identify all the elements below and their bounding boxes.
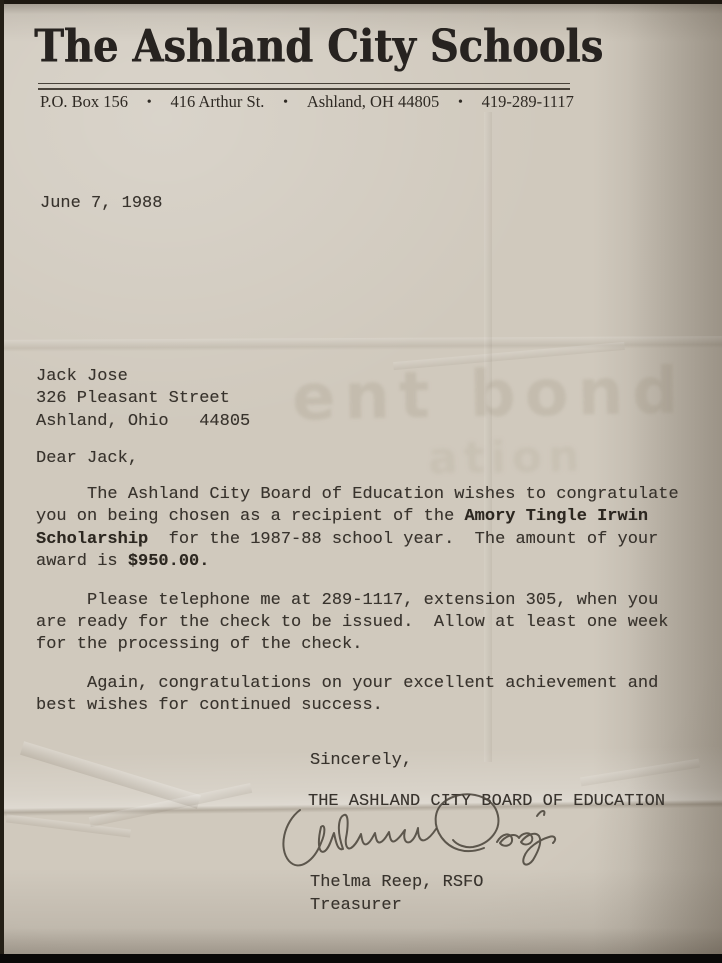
scan-border-bottom xyxy=(0,954,722,963)
letter-paragraph: Again, congratulations on your excellent… xyxy=(36,673,679,718)
text: for the processing of the check. xyxy=(36,635,362,654)
text: award is xyxy=(36,552,128,571)
address-part: P.O. Box 156 xyxy=(40,92,128,112)
text: The Ashland City Board of Education wish… xyxy=(36,485,679,504)
signature-handwriting xyxy=(276,792,558,876)
scan-border-top xyxy=(0,0,722,4)
letter-line: award is $950.00. xyxy=(36,551,679,573)
letter-line: The Ashland City Board of Education wish… xyxy=(36,484,679,506)
bold-text: Scholarship xyxy=(36,530,148,549)
bold-text: Amory Tingle Irwin xyxy=(464,507,648,526)
text: for the 1987-88 school year. The amount … xyxy=(148,530,658,549)
scan-edge-shadow xyxy=(0,928,722,954)
address-bullet: • xyxy=(147,95,152,111)
letter-body: The Ashland City Board of Education wish… xyxy=(36,484,679,734)
scan-edge-shadow xyxy=(0,4,722,14)
scanned-letter-page: ent bond ation The Ashland City Schools … xyxy=(0,0,722,963)
address-part: Ashland, OH 44805 xyxy=(307,92,439,112)
signer-title-line: Treasurer xyxy=(310,895,402,917)
recipient-line: Jack Jose xyxy=(36,366,250,388)
letterhead-address: P.O. Box 156•416 Arthur St.•Ashland, OH … xyxy=(40,92,574,112)
scan-border-left xyxy=(0,0,4,963)
address-part: 416 Arthur St. xyxy=(170,92,264,112)
letter-paragraph: Please telephone me at 289-1117, extensi… xyxy=(36,590,679,657)
salutation: Dear Jack, xyxy=(36,448,138,470)
address-part: 419-289-1117 xyxy=(482,92,574,112)
text: are ready for the check to be issued. Al… xyxy=(36,613,669,632)
address-bullet: • xyxy=(458,95,463,111)
letter-line: Scholarship for the 1987-88 school year.… xyxy=(36,529,679,551)
letter-paragraph: The Ashland City Board of Education wish… xyxy=(36,484,679,574)
text: Please telephone me at 289-1117, extensi… xyxy=(36,591,658,610)
letterhead-school-name: The Ashland City Schools xyxy=(34,20,572,73)
letter-line: for the processing of the check. xyxy=(36,634,679,656)
valediction: Sincerely, xyxy=(310,750,412,772)
recipient-block: Jack Jose326 Pleasant StreetAshland, Ohi… xyxy=(36,366,250,433)
letter-date: June 7, 1988 xyxy=(40,193,162,215)
recipient-line: 326 Pleasant Street xyxy=(36,388,250,410)
text: Again, congratulations on your excellent… xyxy=(36,674,658,693)
letter-line: best wishes for continued success. xyxy=(36,695,679,717)
letter-line: Please telephone me at 289-1117, extensi… xyxy=(36,590,679,612)
text: you on being chosen as a recipient of th… xyxy=(36,507,464,526)
text: best wishes for continued success. xyxy=(36,696,383,715)
letterhead-double-rule xyxy=(38,83,570,90)
letter-line: Again, congratulations on your excellent… xyxy=(36,673,679,695)
recipient-line: Ashland, Ohio 44805 xyxy=(36,411,250,433)
signature-svg xyxy=(276,792,558,876)
letter-line: you on being chosen as a recipient of th… xyxy=(36,506,679,528)
bold-text: $950.00. xyxy=(128,552,210,571)
address-bullet: • xyxy=(283,95,288,111)
letter-line: are ready for the check to be issued. Al… xyxy=(36,612,679,634)
